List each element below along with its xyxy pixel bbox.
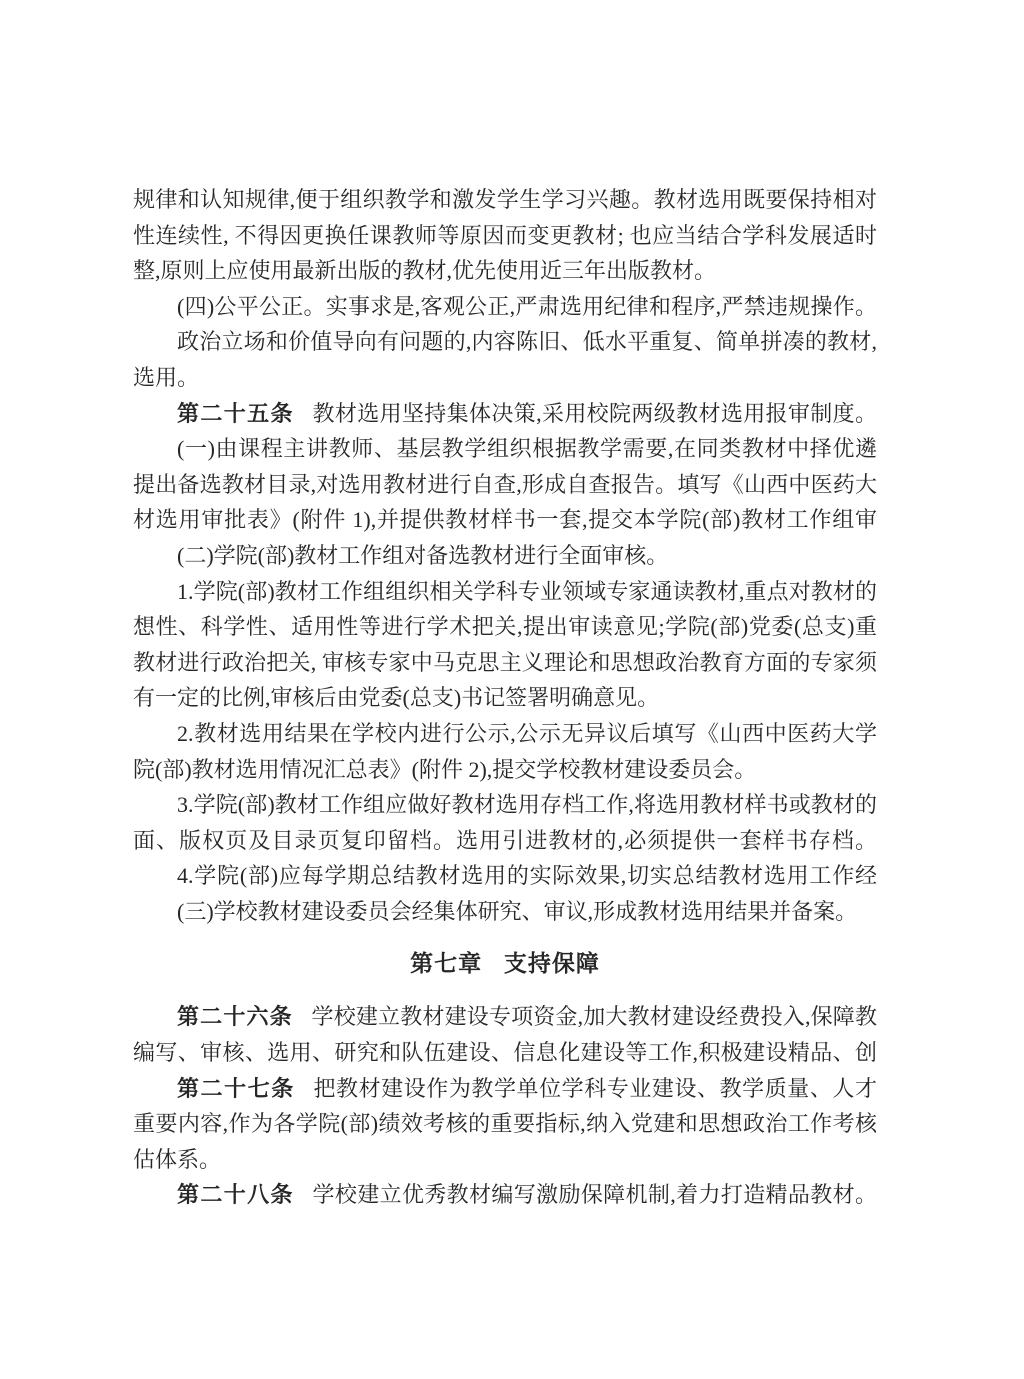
line-text: 编写、审核、选用、研究和队伍建设、信息化建设等工作,积极建设精品、创新教材。 [133,1040,877,1071]
line-text: 有一定的比例,审核后由党委(总支)书记签署明确意见。 [133,685,659,710]
line-text: (四)公平公正。实事求是,客观公正,严肃选用纪律和程序,严禁违规操作。 [177,294,877,319]
line-text: 想性、科学性、适用性等进行学术把关,提出审读意见;学院(部)党委(总支)重点对 [133,614,877,645]
chapter-number: 第七章 [410,950,482,976]
line-text: 选用。 [133,365,199,390]
line-text: 重要内容,作为各学院(部)绩效考核的重要指标,纳入党建和思想政治工作考核评 [133,1111,877,1142]
text-line: 教材进行政治把关, 审核专家中马克思主义理论和思想政治教育方面的专家须占 [133,645,877,681]
article-number-lead: 第二十七条 [177,1076,295,1101]
line-text: 整,原则上应使用最新出版的教材,优先使用近三年出版教材。 [133,258,716,283]
article-number-lead: 第二十五条 [177,401,294,426]
chapter-heading: 第七章支持保障 [133,945,877,981]
line-text: 2.教材选用结果在学校内进行公示,公示无异议后填写《山西中医药大学××学 [133,721,877,752]
line-text: 教材选用坚持集体决策,采用校院两级教材选用报审制度。 [313,401,878,426]
text-line: 编写、审核、选用、研究和队伍建设、信息化建设等工作,积极建设精品、创新教材。 [133,1035,877,1071]
line-text: 估体系。 [133,1147,221,1172]
text-line: 性连续性, 不得因更换任课教师等原因而变更教材; 也应当结合学科发展适时调 [133,218,877,254]
article-number-lead: 第二十六条 [177,1004,293,1029]
text-line: 想性、科学性、适用性等进行学术把关,提出审读意见;学院(部)党委(总支)重点对 [133,609,877,645]
text-line: 第二十六条学校建立教材建设专项资金,加大教材建设经费投入,保障教材 [133,999,877,1035]
text-line: 面、版权页及目录页复印留档。选用引进教材的,必须提供一套样书存档。 [133,823,877,859]
text-line: 4.学院(部)应每学期总结教材选用的实际效果,切实总结教材选用工作经验。 [133,858,877,894]
line-text: 4.学院(部)应每学期总结教材选用的实际效果,切实总结教材选用工作经验。 [133,863,877,894]
text-line: 3.学院(部)教材工作组应做好教材选用存档工作,将选用教材样书或教材的封 [133,787,877,823]
line-text: 面、版权页及目录页复印留档。选用引进教材的,必须提供一套样书存档。 [133,828,877,853]
text-line: (三)学校教材建设委员会经集体研究、审议,形成教材选用结果并备案。 [133,894,877,930]
text-line: 重要内容,作为各学院(部)绩效考核的重要指标,纳入党建和思想政治工作考核评 [133,1106,877,1142]
line-text: 教材进行政治把关, 审核专家中马克思主义理论和思想政治教育方面的专家须占 [133,650,877,681]
text-line: 政治立场和价值导向有问题的,内容陈旧、低水平重复、简单拼凑的教材,不得 [133,324,877,360]
text-line: (一)由课程主讲教师、基层教学组织根据教学需要,在同类教材中择优遴选, [133,431,877,467]
line-text: 提出备选教材目录,对选用教材进行自查,形成自查报告。填写《山西中医药大学教 [133,472,877,503]
text-line: 第二十八条学校建立优秀教材编写激励保障机制,着力打造精品教材。承担 [133,1177,877,1213]
text-line: 规律和认知规律,便于组织教学和激发学生学习兴趣。教材选用既要保持相对稳定 [133,182,877,218]
text-line: 第二十五条教材选用坚持集体决策,采用校院两级教材选用报审制度。 [133,396,877,432]
line-text: (一)由课程主讲教师、基层教学组织根据教学需要,在同类教材中择优遴选, [133,436,877,467]
chapter-title: 支持保障 [504,950,600,976]
text-line: (四)公平公正。实事求是,客观公正,严肃选用纪律和程序,严禁违规操作。 [133,289,877,325]
text-line: 1.学院(部)教材工作组组织相关学科专业领域专家通读教材,重点对教材的思 [133,574,877,610]
line-text: 1.学院(部)教材工作组组织相关学科专业领域专家通读教材,重点对教材的思 [133,579,877,610]
line-text: 材选用审批表》(附件 1),并提供教材样书一套,提交本学院(部)教材工作组审核。 [133,507,877,538]
text-line: (二)学院(部)教材工作组对备选教材进行全面审核。 [133,538,877,574]
document-content: 规律和认知规律,便于组织教学和激发学生学习兴趣。教材选用既要保持相对稳定性连续性… [133,182,877,1213]
text-line: 院(部)教材选用情况汇总表》(附件 2),提交学校教材建设委员会。 [133,752,877,788]
line-text: (二)学院(部)教材工作组对备选教材进行全面审核。 [177,543,668,568]
text-line: 整,原则上应使用最新出版的教材,优先使用近三年出版教材。 [133,253,877,289]
text-line: 估体系。 [133,1142,877,1178]
text-line: 选用。 [133,360,877,396]
article-number-lead: 第二十八条 [177,1182,294,1207]
line-text: 院(部)教材选用情况汇总表》(附件 2),提交学校教材建设委员会。 [133,757,756,782]
text-line: 材选用审批表》(附件 1),并提供教材样书一套,提交本学院(部)教材工作组审核。 [133,502,877,538]
text-line: 有一定的比例,审核后由党委(总支)书记签署明确意见。 [133,680,877,716]
text-line: 提出备选教材目录,对选用教材进行自查,形成自查报告。填写《山西中医药大学教 [133,467,877,503]
text-line: 2.教材选用结果在学校内进行公示,公示无异议后填写《山西中医药大学××学 [133,716,877,752]
line-text: 性连续性, 不得因更换任课教师等原因而变更教材; 也应当结合学科发展适时调 [133,223,877,254]
text-line: 第二十七条把教材建设作为教学单位学科专业建设、教学质量、人才培养的 [133,1071,877,1107]
line-text: 规律和认知规律,便于组织教学和激发学生学习兴趣。教材选用既要保持相对稳定 [133,187,877,218]
line-text: 3.学院(部)教材工作组应做好教材选用存档工作,将选用教材样书或教材的封 [133,792,877,823]
line-text: (三)学校教材建设委员会经集体研究、审议,形成教材选用结果并备案。 [177,899,857,924]
line-text: 政治立场和价值导向有问题的,内容陈旧、低水平重复、简单拼凑的教材,不得 [133,329,877,360]
document-page: 规律和认知规律,便于组织教学和激发学生学习兴趣。教材选用既要保持相对稳定性连续性… [0,0,1024,1379]
